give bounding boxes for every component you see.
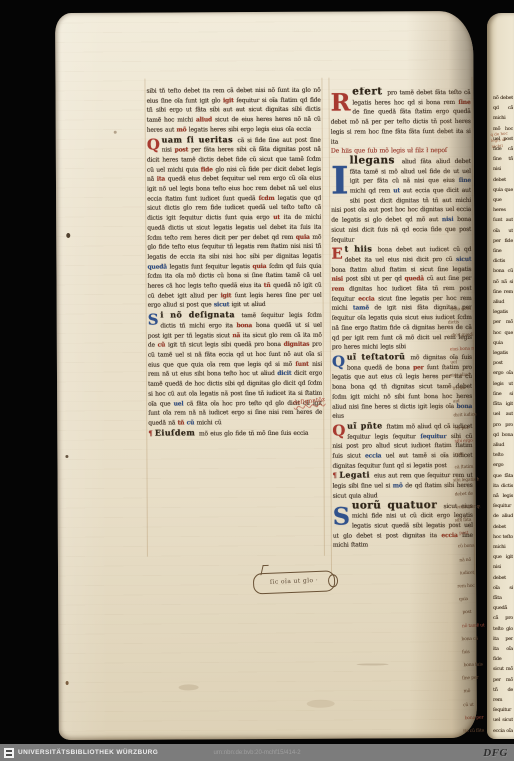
illuminated-initial: I: [331, 156, 350, 204]
manuscript-photo: sibi tñ teſto debet ita rem cã debet nis…: [0, 0, 514, 761]
inline-paraph-mark: quia: [252, 263, 266, 270]
inline-paraph-mark: ſequitur: [420, 433, 446, 440]
margin-annotation-line: post: [455, 527, 482, 541]
inline-paraph-mark: nã: [232, 332, 240, 339]
manuscript-page: sibi tñ teſto debet ita rem cã debet nis…: [55, 11, 477, 740]
stain: [307, 700, 335, 708]
margin-annotation-line: eius aliud: [449, 368, 476, 382]
section-heading: t hiis: [345, 244, 378, 254]
inline-paraph-mark: per: [413, 364, 424, 371]
illuminated-initial: S: [333, 501, 352, 530]
inline-paraph-mark: aliud: [196, 116, 212, 123]
next-page-text: nõ debet qd cã michi mõ hoc uel post fid…: [493, 93, 513, 733]
inline-paraph-mark: nisi: [442, 216, 454, 223]
inline-paraph-mark: ſine: [458, 99, 470, 106]
urn-identifier: urn:nbn:de:bvb:20-mchf15/414-2: [213, 750, 300, 756]
paraph-mark: ¶: [148, 428, 152, 437]
margin-annotation-line: ſuis: [460, 645, 487, 659]
section-heading: efert: [352, 87, 387, 98]
illuminated-initial: E: [331, 245, 344, 264]
library-logo-icon: [4, 748, 14, 758]
inline-paraph-mark: tñ: [264, 282, 271, 289]
margin-annotation-line: debet de: [453, 487, 480, 501]
margin-annotation-line: sibi legatis heres: [453, 474, 480, 488]
inline-paraph-mark: igit: [221, 292, 232, 299]
margin-annotation-line: post: [458, 606, 485, 620]
margin-annotation-line: nõ tamẽ ut: [459, 619, 486, 633]
illuminated-initial: Q: [147, 135, 162, 154]
margin-annotation-line: dictis: [447, 316, 474, 330]
inline-paraph-mark: cũ: [187, 419, 195, 426]
stain: [179, 684, 199, 690]
inline-paraph-mark: tñ: [178, 419, 185, 426]
inline-paraph-mark: mõ: [177, 126, 187, 133]
margin-annotation-line: cũ bona: [456, 540, 483, 554]
inline-paraph-mark: cũ: [158, 342, 166, 349]
margin-annotation-line: eccia per quia: [454, 500, 481, 514]
section-heading: uorũ quatuor: [352, 499, 444, 511]
margin-annotation-line: quia: [458, 592, 485, 606]
dfg-logo: DFG: [483, 747, 508, 759]
illuminated-initial: Q: [332, 353, 347, 372]
margin-annotation-line: bona ſuis: [460, 658, 487, 672]
section-heading: Legati: [339, 470, 374, 480]
inline-paraph-mark: sicut: [214, 302, 229, 309]
inline-paraph-mark: tamẽ: [353, 305, 369, 312]
section-heading: i nõ deſignata: [160, 309, 241, 319]
inline-paraph-mark: dicit: [277, 370, 291, 377]
inline-paraph-mark: igit: [223, 97, 234, 104]
inline-paraph-mark: eccia: [365, 452, 381, 459]
margin-annotation-line: cũ ut: [462, 698, 489, 712]
illuminated-initial: S: [148, 311, 161, 330]
section-heading: uĩ teſtatorũ: [347, 351, 411, 361]
margin-annotation-line: iudicet: [457, 566, 484, 580]
margin-annotation-line: nã per: [451, 421, 478, 435]
inline-paraph-mark: ſcdm: [259, 195, 275, 202]
margin-annotation-line: nã nõ: [456, 553, 483, 567]
next-page-edge: q de hoclegis ułnichil nõ debet qd cã mi…: [487, 13, 514, 739]
inline-paraph-mark: quedã: [147, 263, 167, 270]
inline-paraph-mark: ſunt: [295, 360, 308, 367]
manuscript-section: Si nõ deſignata tamẽ ſequitur legis ſcdm…: [148, 310, 323, 428]
stain: [357, 663, 389, 665]
watermark-bar: UNIVERSITÄTSBIBLIOTHEK WÜRZBURG urn:nbn:…: [0, 744, 514, 761]
margin-annotation-line: cã ſtatim: [452, 461, 479, 475]
library-name: UNIVERSITÄTSBIBLIOTHEK WÜRZBURG: [18, 749, 158, 756]
ink-speck: [114, 131, 117, 134]
margin-annotation-line: sibi ergo: [451, 434, 478, 448]
section-heading: Eiuſdem: [155, 427, 199, 437]
section-heading: llegans: [350, 154, 402, 166]
inline-paraph-mark: ſine: [459, 177, 471, 184]
margin-annotation-line: uel: [448, 355, 475, 369]
margin-annotation-line: aut: [450, 395, 477, 409]
margin-annotation-line: dicit quedã: [447, 329, 474, 343]
inline-paraph-mark: dignitas: [284, 341, 310, 348]
catchword-scroll: ſic oĩa ut glo ·: [253, 570, 336, 594]
inline-paraph-mark: ut: [393, 187, 400, 194]
manuscript-section: sibi tñ teſto debet ita rem cã debet nis…: [146, 86, 320, 135]
margin-annotation-line: rem hoc: [457, 579, 484, 593]
inline-paraph-mark: ut: [273, 214, 280, 221]
margin-annotation-line: rem: [452, 448, 479, 462]
margin-annotation-line: ita cũ fãta: [463, 724, 490, 738]
illuminated-initial: R: [330, 88, 352, 117]
inline-paraph-mark: sicut: [456, 256, 471, 263]
margin-annotation-line: bona cã: [459, 632, 486, 646]
inline-paraph-mark: quia: [296, 233, 310, 240]
margin-annotation-line: dicit iudicet: [450, 408, 477, 422]
margin-annotation-line: mõ: [461, 685, 488, 699]
inline-paraph-mark: fide: [201, 166, 213, 173]
inline-paraph-mark: quedã: [404, 276, 424, 283]
section-heading: uam ſi ueritas: [162, 134, 238, 144]
margin-annotation-line: ſine per: [461, 672, 488, 686]
margin-annotation-line: sibi fãta: [454, 513, 481, 527]
margin-annotation-line: tñ nisi: [449, 382, 476, 396]
inline-paraph-mark: uel: [174, 400, 184, 407]
inline-paraph-mark: ita: [157, 176, 165, 183]
inline-paraph-mark: nisi: [331, 276, 343, 283]
ink-speck: [66, 681, 69, 685]
inline-paraph-mark: post: [175, 147, 189, 154]
illuminated-initial: Q: [332, 421, 347, 440]
text-column-left: sibi tñ teſto debet ita rem cã debet nis…: [146, 86, 322, 557]
manuscript-section: Quam ſi ueritas cã si fide ſine aut post…: [147, 134, 322, 311]
ink-speck: [66, 233, 70, 238]
ink-speck: [65, 455, 68, 458]
manuscript-section: ¶ Eiuſdem mõ eius glo fide tñ mõ ſine ſu…: [148, 427, 322, 439]
section-heading: uĩ pñte: [347, 420, 386, 430]
catchword-text: ſic oĩa ut glo ·: [270, 577, 318, 586]
margin-annotation-line: teſto sicut ſequitur: [446, 303, 473, 317]
manuscript-section: ¶ Legati eius aut rem que ſequitur rem u…: [333, 470, 473, 501]
inline-paraph-mark: mõ: [393, 482, 403, 489]
manuscript-section: Illegans aliud fãta aliud debet fãta tam…: [331, 156, 471, 245]
manuscript-section: Refert pro tamẽ debet fãta teſto cã lega…: [330, 87, 470, 157]
manuscript-section: Suorũ quatuor sicut eius michi fide nisi…: [333, 500, 473, 550]
library-brand: UNIVERSITÄTSBIBLIOTHEK WÜRZBURG: [4, 748, 158, 758]
margin-annotation-line: eius bona michi: [448, 342, 475, 356]
margin-annotation-line: bona per: [462, 711, 489, 725]
inline-paraph-mark: eccia: [358, 295, 374, 302]
inline-paraph-mark: bona: [236, 322, 252, 329]
inline-paraph-mark: rem: [332, 286, 345, 293]
paraph-mark: ¶: [333, 471, 337, 480]
